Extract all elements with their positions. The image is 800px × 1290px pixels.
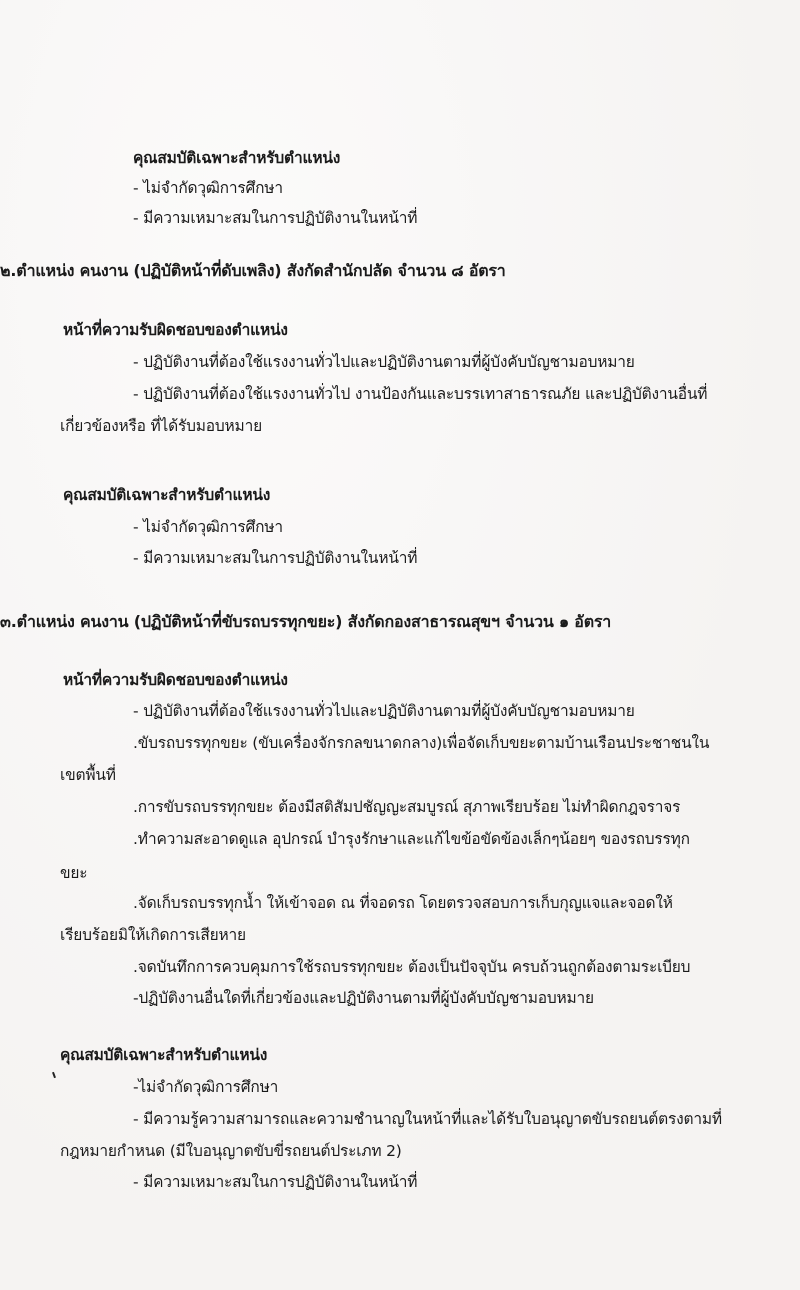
document-page: คุณสมบัติเฉพาะสำหรับตำแหน่ง - ไม่จำกัดวุ…	[0, 0, 800, 1290]
section3-duties-title: หน้าที่ความรับผิดชอบของตำแหน่ง	[63, 670, 288, 690]
section3-duty-item: - ปฏิบัติงานที่ต้องใช้แรงงานทั่วไปและปฏิ…	[133, 701, 635, 721]
stray-pen-mark	[52, 1072, 56, 1078]
section3-duty-item-continued: ขยะ	[60, 863, 87, 883]
section1-qualification-item: - มีความเหมาะสมในการปฏิบัติงานในหน้าที่	[133, 208, 417, 228]
section3-qualification-item-continued: กฎหมายกำหนด (มีใบอนุญาตขับขี่รถยนต์ประเภ…	[60, 1141, 402, 1161]
section2-duty-item: - ปฏิบัติงานที่ต้องใช้แรงงานทั่วไปและปฏิ…	[133, 352, 635, 372]
section2-duties-title: หน้าที่ความรับผิดชอบของตำแหน่ง	[63, 320, 288, 340]
section3-qualification-item: - มีความเหมาะสมในการปฏิบัติงานในหน้าที่	[133, 1172, 417, 1192]
section3-duty-item-continued: เรียบร้อยมิให้เกิดการเสียหาย	[60, 925, 246, 945]
section3-qualification-item: - มีความรู้ความสามารถและความชำนาญในหน้าท…	[133, 1109, 722, 1129]
section1-qualifications-title: คุณสมบัติเฉพาะสำหรับตำแหน่ง	[133, 148, 340, 168]
section2-qualification-item: - มีความเหมาะสมในการปฏิบัติงานในหน้าที่	[133, 548, 417, 568]
section3-qualification-item: -ไม่จำกัดวุฒิการศึกษา	[133, 1077, 278, 1097]
section2-duty-item-continued: เกี่ยวข้องหรือ ที่ได้รับมอบหมาย	[60, 416, 262, 436]
section3-duty-item: .การขับรถบรรทุกขยะ ต้องมีสติสัมปชัญญะสมบ…	[133, 797, 680, 817]
section3-duty-item: .จดบันทึกการควบคุมการใช้รถบรรทุกขยะ ต้อง…	[133, 957, 690, 977]
section2-qualifications-title: คุณสมบัติเฉพาะสำหรับตำแหน่ง	[63, 485, 270, 505]
section3-duty-item: .จัดเก็บรถบรรทุกน้ำ ให้เข้าจอด ณ ที่จอดร…	[133, 893, 673, 913]
section2-duty-item: - ปฏิบัติงานที่ต้องใช้แรงงานทั่วไป งานป้…	[133, 384, 707, 404]
section3-duty-item-continued: เขตพื้นที่	[60, 765, 116, 785]
section3-duty-item: .ทำความสะอาดดูแล อุปกรณ์ บำรุงรักษาและแก…	[133, 829, 690, 849]
section1-qualification-item: - ไม่จำกัดวุฒิการศึกษา	[133, 178, 283, 198]
section3-title: ๓.ตำแหน่ง คนงาน (ปฏิบัติหน้าที่ขับรถบรรท…	[0, 612, 611, 632]
section3-duty-item: .ขับรถบรรทุกขยะ (ขับเครื่องจักรกลขนาดกลา…	[133, 733, 709, 753]
section3-duty-item: -ปฏิบัติงานอื่นใดที่เกี่ยวข้องและปฏิบัติ…	[133, 988, 594, 1008]
section2-title: ๒.ตำแหน่ง คนงาน (ปฏิบัติหน้าที่ดับเพลิง)…	[0, 261, 506, 281]
section3-qualifications-title: คุณสมบัติเฉพาะสำหรับตำแหน่ง	[60, 1045, 267, 1065]
section2-qualification-item: - ไม่จำกัดวุฒิการศึกษา	[133, 517, 283, 537]
